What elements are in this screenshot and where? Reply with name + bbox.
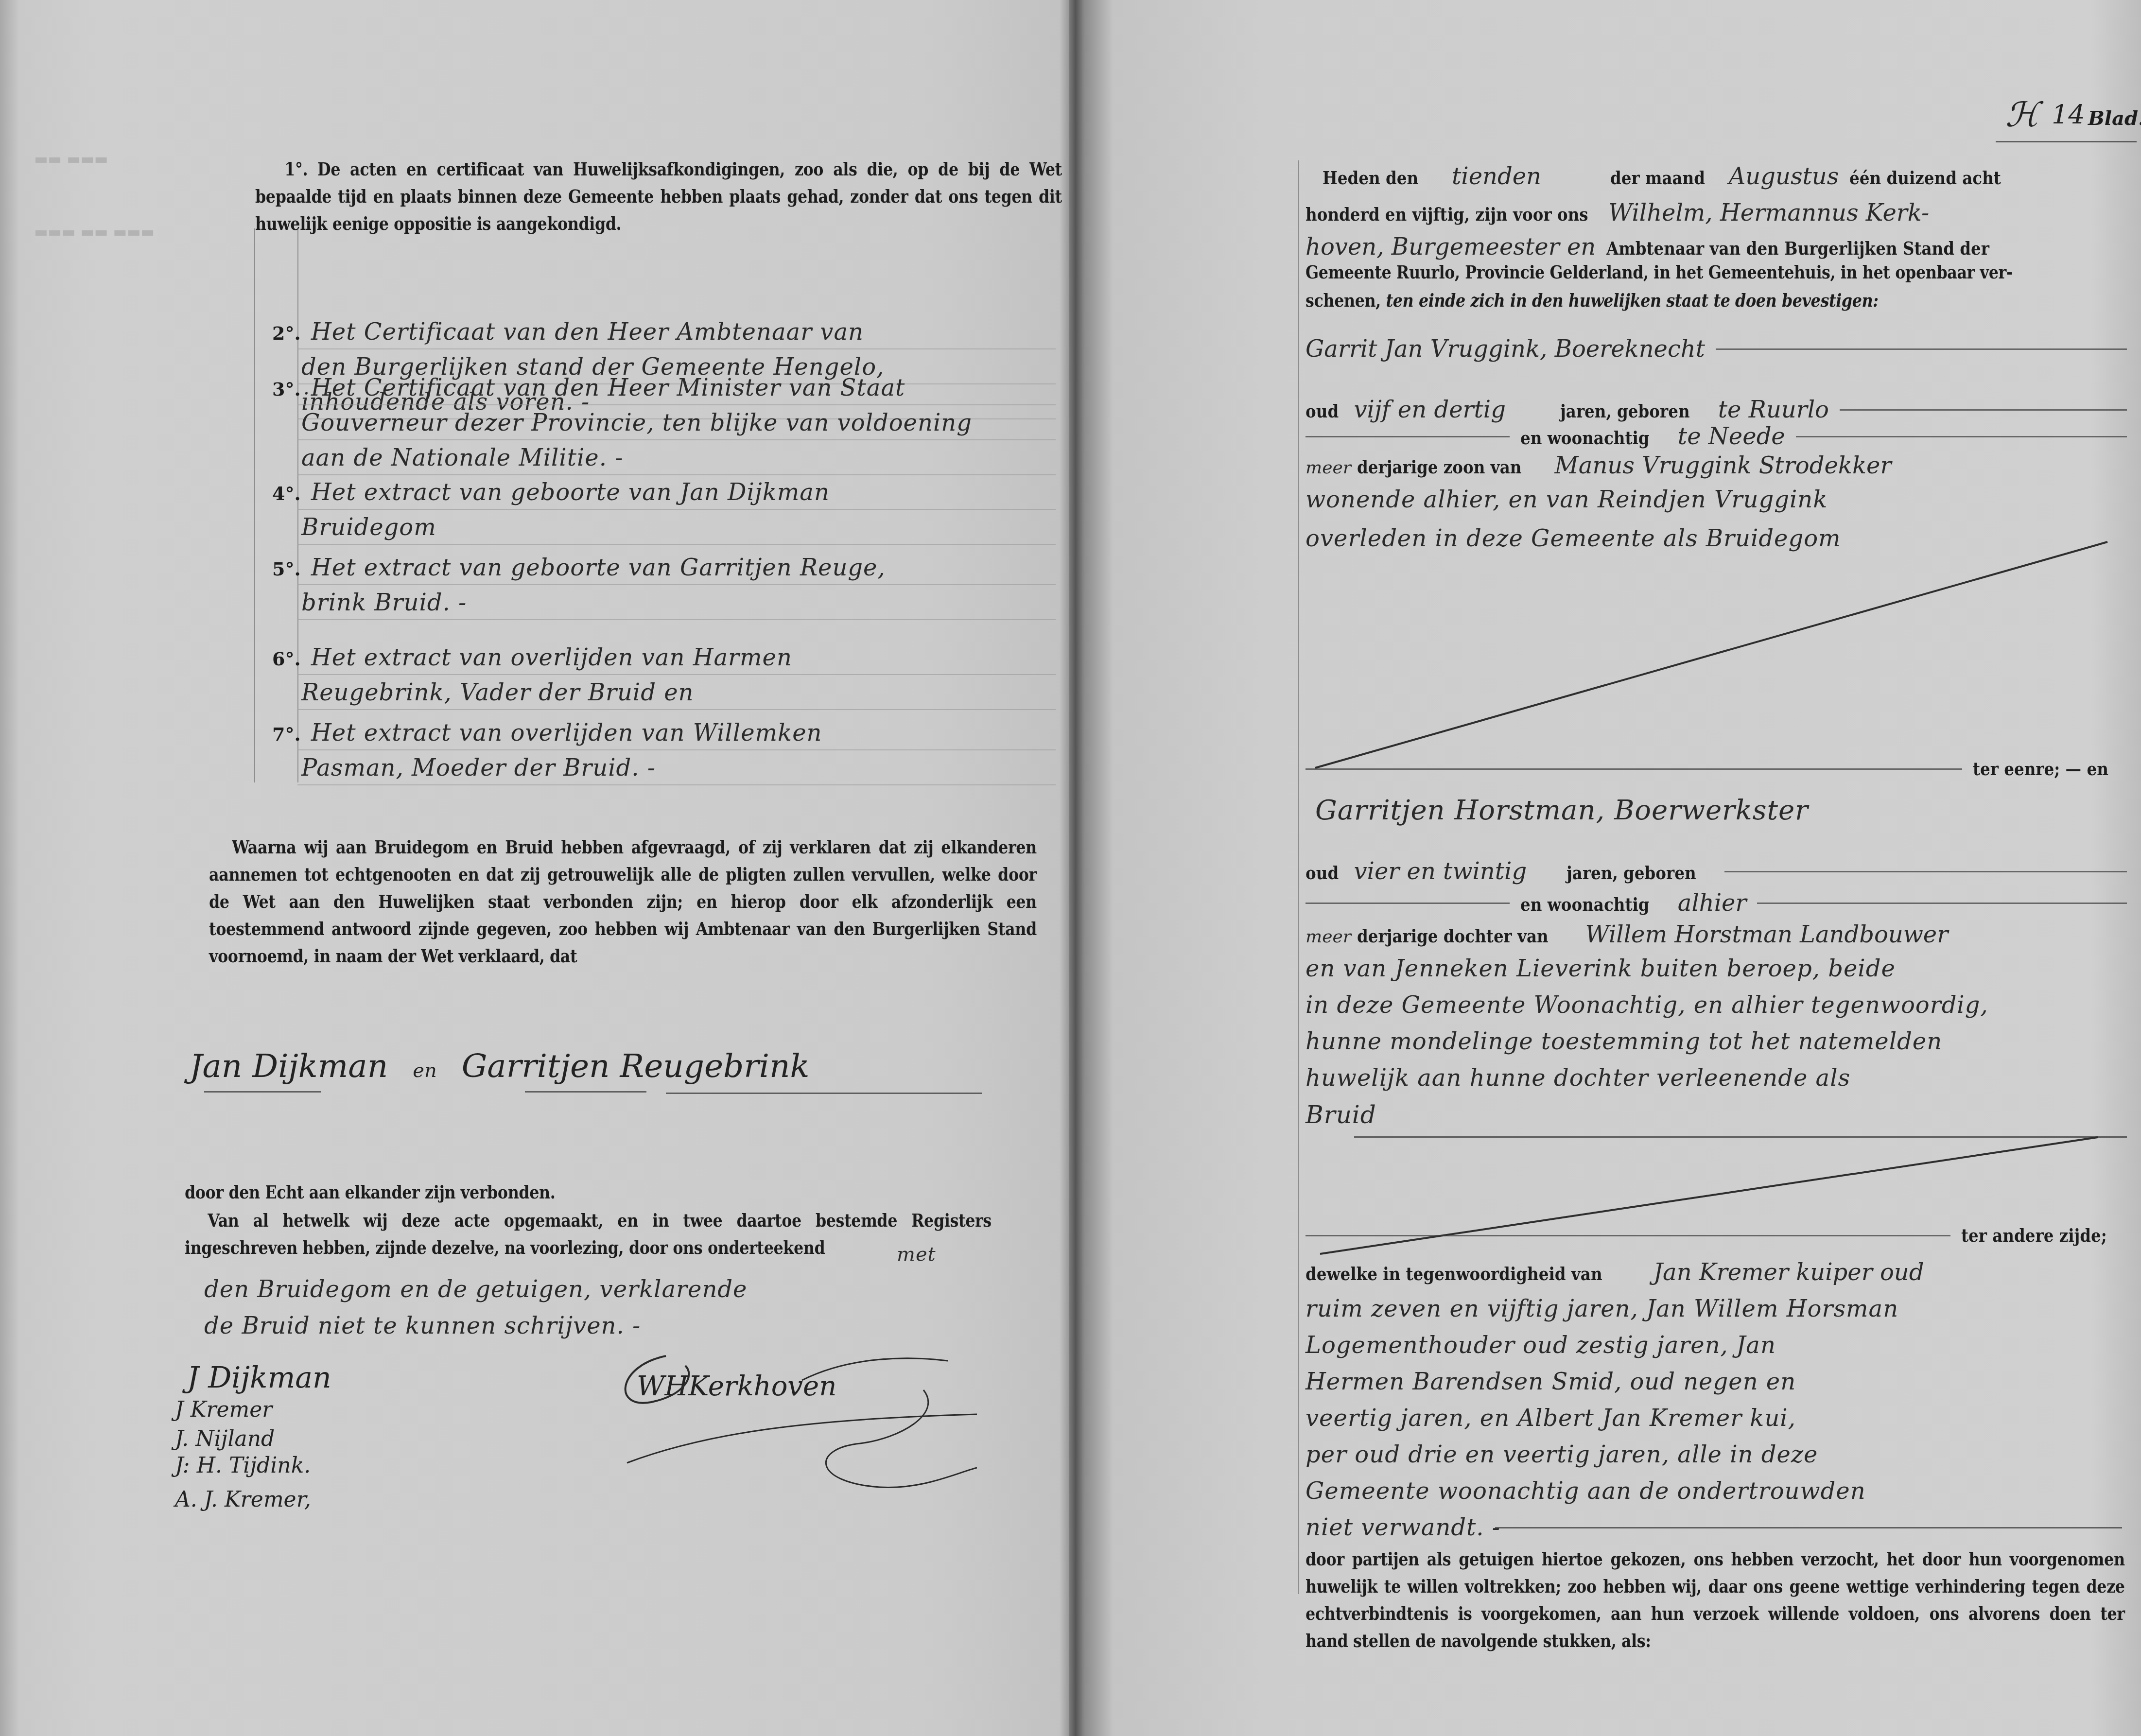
bride-age-line: oud vier en twintig jaren, geboren	[1305, 858, 2127, 885]
item-line: Gouverneur dezer Provincie, ten blijke v…	[301, 409, 972, 436]
bride-residence: alhier	[1678, 889, 1747, 917]
witness-signature: J: H. Tijdink.	[175, 1453, 311, 1478]
groom-age-line: oud vijf en dertig jaren, geboren te Ruu…	[1305, 396, 2127, 423]
official-name: Wilhelm, Hermannus Kerk-	[1608, 199, 1929, 226]
label-woonachtig: en woonachtig	[1520, 427, 1650, 449]
item-1-number: 1°.	[284, 158, 308, 180]
label-zoon-van: derjarige zoon van	[1357, 456, 1521, 478]
intro-text: één duizend acht	[1849, 167, 2001, 189]
groom-residence-line: en woonachtig te Neede	[1305, 423, 2127, 450]
register-book: ▬▬ ▬▬▬ ▬▬▬ ▬▬ ▬▬▬ 1°. De acten en certif…	[0, 0, 2141, 1736]
witnesses-line-1: dewelke in tegenwoordigheid van Jan Krem…	[1305, 1259, 2127, 1286]
fill-rule	[1305, 1235, 1950, 1236]
folio-underline	[1996, 141, 2137, 142]
ruled-line	[297, 584, 1056, 585]
groom-residence: te Neede	[1678, 423, 1785, 450]
margin-line	[254, 228, 255, 782]
label-woonachtig: en woonachtig	[1520, 894, 1650, 915]
marriage-month: Augustus	[1729, 163, 1839, 190]
underline	[233, 1091, 321, 1093]
witness-detail-line: per oud drie en veertig jaren, alle in d…	[1305, 1441, 1818, 1468]
fill-rule	[1495, 1527, 2122, 1528]
fill-rule	[1716, 348, 2127, 350]
ter-andere-zijde-line: ter andere zijde;	[1305, 1225, 2127, 1246]
bride-age: vier en twintig	[1354, 858, 1527, 885]
item-number: 3°.	[272, 378, 301, 400]
intro-text: Ambtenaar van den Burgerlijken Stand der	[1606, 238, 1989, 259]
underline	[525, 1091, 646, 1093]
witness-signature: J Kremer	[175, 1397, 272, 1422]
item-1-body: De acten en certificaat van Huwelijksafk…	[255, 158, 1062, 234]
item-line: aan de Nationale Militie. -	[301, 444, 623, 471]
ter-eenre-line: ter eenre; — en	[1305, 758, 2127, 780]
groom-birthplace: te Ruurlo	[1718, 396, 1829, 423]
fill-rule	[1796, 436, 2127, 437]
signature-flourish	[608, 1346, 977, 1492]
groom-parents-line-2: wonende alhier, en van Reindjen Vruggink	[1305, 486, 1828, 513]
item-line: Reugebrink, Vader der Bruid en	[301, 679, 694, 706]
item-number: 6°.	[272, 648, 301, 670]
margin-line	[297, 228, 298, 782]
groom-name-occupation: Garrit Jan Vruggink, Boereknecht	[1305, 335, 1705, 363]
bride-name: Garritjen Reugebrink	[462, 1047, 810, 1085]
closing-handwritten-2: den Bruidegom en de getuigen, verklarend…	[204, 1276, 747, 1303]
fill-rule	[1305, 903, 1510, 904]
folio-label: Blad.	[2088, 107, 2141, 130]
ruled-line	[297, 439, 1056, 440]
groom-father-line: meer derjarige zoon van Manus Vruggink S…	[1305, 452, 2127, 479]
right-page: ℋ 14 Blad. Heden den tienden der maand A…	[1082, 0, 2141, 1736]
bride-detail-line: in deze Gemeente Woonachtig, en alhier t…	[1305, 991, 1988, 1019]
item-line: Pasman, Moeder der Bruid. -	[301, 754, 656, 781]
item-line: brink Bruid. -	[301, 589, 467, 616]
item-line: Het extract van overlijden van Harmen	[311, 644, 792, 671]
intro-line-3: hoven, Burgemeester en Ambtenaar van den…	[1305, 233, 2132, 260]
intro-text: Heden den	[1323, 167, 1418, 189]
fill-rule	[1757, 903, 2127, 904]
item-line: Het extract van geboorte van Garritjen R…	[311, 554, 886, 581]
left-page: ▬▬ ▬▬▬ ▬▬▬ ▬▬ ▬▬▬ 1°. De acten en certif…	[0, 0, 1069, 1736]
groom-name: Jan Dijkman	[190, 1047, 388, 1085]
bride-detail-line: Bruid	[1305, 1101, 1376, 1129]
item-number: 4°.	[272, 483, 301, 504]
item-number: 7°.	[272, 723, 301, 745]
marriage-day: tienden	[1452, 163, 1541, 190]
folio-number: 14	[2052, 100, 2085, 130]
label-tegenwoordigheid: dewelke in tegenwoordigheid van	[1305, 1263, 1602, 1285]
intro-text: der maand	[1610, 167, 1705, 189]
fill-rule	[1305, 768, 1962, 770]
item-line: Het Certificaat van den Heer Ambtenaar v…	[311, 318, 864, 346]
intro-line-1: Heden den tienden der maand Augustus één…	[1323, 163, 2124, 190]
bleed-through-text: ▬▬▬ ▬▬ ▬▬▬	[34, 224, 155, 241]
witness-detail-line: niet verwandt. -	[1305, 1514, 1500, 1541]
intro-line-4: Gemeente Ruurlo, Provincie Gelderland, i…	[1305, 259, 2125, 286]
label-ter-andere-zijde: ter andere zijde;	[1961, 1225, 2107, 1246]
witness-1: Jan Kremer kuiper oud	[1654, 1259, 1924, 1286]
witness-detail-line: Gemeente woonachtig aan de ondertrouwden	[1305, 1477, 1866, 1505]
fill-rule	[1724, 871, 2127, 872]
intro-text: honderd en vijftig, zijn voor ons	[1305, 204, 1588, 225]
bride-father: Willem Horstman Landbouwer	[1585, 921, 1948, 948]
underline	[666, 1093, 982, 1094]
label-oud: oud	[1305, 862, 1339, 884]
book-spine	[1069, 0, 1082, 1736]
item-number: 2°.	[272, 322, 301, 344]
closing-handwritten-1: met	[897, 1243, 936, 1266]
ruled-line	[297, 784, 1056, 785]
ruled-line	[297, 749, 1056, 750]
ruled-line	[297, 474, 1056, 475]
groom-father: Manus Vruggink Strodekker	[1555, 452, 1892, 479]
meer-hand: meer	[1305, 927, 1351, 947]
ruled-line	[297, 544, 1056, 545]
witness-signature: A. J. Kremer,	[175, 1487, 311, 1512]
label-ter-eenre: ter eenre; — en	[1973, 758, 2108, 780]
label-oud: oud	[1305, 400, 1339, 422]
cancel-stroke	[1301, 539, 2127, 778]
bride-name-occupation: Garritjen Horstman, Boerwerkster	[1315, 795, 1809, 826]
ruled-line	[297, 674, 1056, 675]
label-jaren-geboren: jaren, geboren	[1567, 862, 1696, 884]
intro-line-5: schenen, ten einde zich in den huwelijke…	[1305, 287, 2125, 314]
label-jaren-geboren: jaren, geboren	[1560, 400, 1690, 422]
ruled-line	[297, 348, 1056, 349]
ruled-line	[297, 404, 1056, 405]
intro-italic-text: ten einde zich in den huwelijken staat t…	[1386, 290, 1878, 311]
item-line: Het Certificaat van den Heer Minister va…	[311, 374, 905, 401]
official-title: hoven, Burgemeester en	[1305, 233, 1596, 260]
witness-detail-line: ruim zeven en vijftig jaren, Jan Willem …	[1305, 1295, 1898, 1322]
intro-text: schenen,	[1305, 290, 1381, 311]
label-dochter-van: derjarige dochter van	[1357, 925, 1549, 947]
intro-line-2: honderd en vijftig, zijn voor ons Wilhel…	[1305, 199, 2132, 226]
closing-paragraph: Van al hetwelk wij deze acte opgemaakt, …	[185, 1207, 992, 1261]
ruled-line	[297, 509, 1056, 510]
item-line: Het extract van geboorte van Jan Dijkman	[311, 479, 830, 506]
item-number: 5°.	[272, 558, 301, 580]
witness-detail-line: veertig jaren, en Albert Jan Kremer kui,	[1305, 1405, 1796, 1432]
item-1-text: 1°. De acten en certificaat van Huwelijk…	[255, 156, 1062, 237]
conjunction: en	[413, 1059, 436, 1082]
witness-signature: J. Nijland	[175, 1426, 275, 1451]
ruled-line	[297, 619, 1056, 620]
bride-detail-line: en van Jenneken Lieverink buiten beroep,…	[1305, 955, 1896, 982]
groom-age: vijf en dertig	[1354, 396, 1505, 423]
bride-residence-line: en woonachtig alhier	[1305, 889, 2127, 917]
item-line: Bruidegom	[301, 514, 436, 541]
right-closing-paragraph: door partijen als getuigen hiertoe gekoz…	[1305, 1545, 2125, 1654]
meer-hand: meer	[1305, 458, 1351, 478]
fill-rule	[1840, 409, 2127, 411]
item-line: Het extract van overlijden van Willemken	[311, 719, 822, 746]
bride-father-line: meer derjarige dochter van Willem Horstm…	[1305, 921, 2127, 948]
couple-names: Jan Dijkman en Garritjen Reugebrink	[190, 1047, 809, 1085]
bleed-through-text: ▬▬ ▬▬▬	[34, 151, 108, 168]
folio-mark-icon: ℋ	[2005, 95, 2039, 135]
fill-rule	[1305, 436, 1510, 437]
witness-detail-line: Logementhouder oud zestig jaren, Jan	[1305, 1332, 1776, 1359]
declaration-paragraph: Waarna wij aan Bruidegom en Bruid hebben…	[209, 833, 1037, 970]
closing-handwritten-3: de Bruid niet te kunnen schrijven. -	[204, 1312, 641, 1339]
ruled-line	[297, 709, 1056, 710]
witness-signature: J Dijkman	[187, 1361, 331, 1395]
groom-name-line: Garrit Jan Vruggink, Boereknecht	[1305, 335, 2127, 363]
witness-detail-line: Hermen Barendsen Smid, oud negen en	[1305, 1368, 1796, 1395]
union-text: door den Echt aan elkander zijn verbonde…	[185, 1179, 853, 1206]
bride-detail-line: huwelijk aan hunne dochter verleenende a…	[1305, 1064, 1850, 1092]
margin-line	[1298, 160, 1299, 1594]
closing-printed: Van al hetwelk wij deze acte opgemaakt, …	[185, 1210, 992, 1258]
bride-detail-line: hunne mondelinge toestemming tot het nat…	[1305, 1028, 1942, 1055]
underline	[204, 1091, 233, 1093]
